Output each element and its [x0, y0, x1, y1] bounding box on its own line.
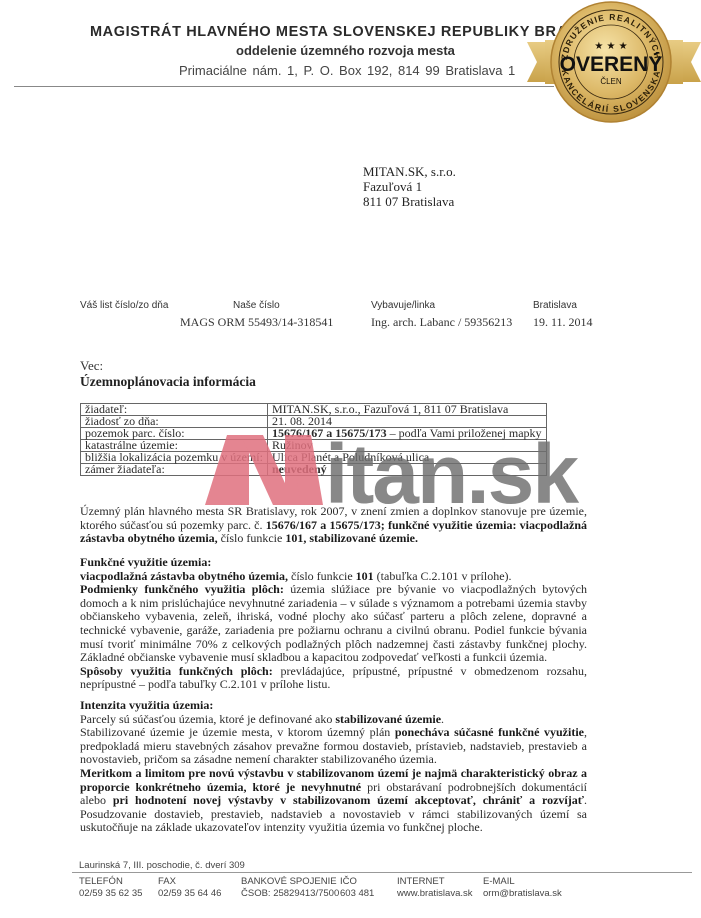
- footer-email[interactable]: E-MAILorm@bratislava.sk: [483, 876, 562, 900]
- recipient-name: MITAN.SK, s.r.o.: [363, 164, 456, 179]
- letter-date: 19. 11. 2014: [533, 315, 593, 330]
- table-row: zámer žiadateľa: neuvedený: [81, 464, 547, 476]
- recipient-city: 811 07 Bratislava: [363, 194, 456, 209]
- our-number-value: MAGS ORM 55493/14-318541: [180, 315, 333, 330]
- organization-name: MAGISTRÁT HLAVNÉHO MESTA SLOVENSKEJ REPU…: [90, 24, 581, 40]
- functional-use-section: Funkčné využitie územia: viacpodlažná zá…: [80, 556, 587, 692]
- footer-divider: [72, 872, 692, 873]
- section-heading: Funkčné využitie územia:: [80, 555, 211, 569]
- subject-title: Územnoplánovacia informácia: [80, 374, 256, 390]
- footer-phone: TELEFÓN02/59 35 62 35: [79, 876, 142, 900]
- footer-fax: FAX02/59 35 64 46: [158, 876, 221, 900]
- organization-address: Primaciálne nám. 1, P. O. Box 192, 814 9…: [179, 63, 515, 78]
- handled-by-label: Vybavuje/linka: [371, 300, 435, 311]
- verified-member-badge-icon: ZDRUŽENIE REALITNÝCH KANCELÁRIÍ SLOVENSK…: [527, 0, 701, 128]
- recipient-address: MITAN.SK, s.r.o. Fazuľová 1 811 07 Brati…: [363, 164, 456, 209]
- our-number-label: Naše číslo: [233, 300, 280, 311]
- footer-bank: BANKOVÉ SPOJENIEČSOB: 25829413/7500: [241, 876, 339, 900]
- footer-ico: IČO603 481: [340, 876, 374, 900]
- table-key: zámer žiadateľa:: [81, 464, 268, 476]
- section-heading: Intenzita využitia územia:: [80, 698, 213, 712]
- recipient-street: Fazuľová 1: [363, 179, 456, 194]
- intro-paragraph: Územný plán hlavného mesta SR Bratislavy…: [80, 505, 587, 546]
- svg-text:OVERENÝ: OVERENÝ: [560, 52, 663, 76]
- department-name: oddelenie územného rozvoja mesta: [236, 43, 455, 58]
- footer-address: Laurinská 7, III. poschodie, č. dverí 30…: [79, 860, 245, 871]
- svg-text:★ ★ ★: ★ ★ ★: [594, 41, 627, 52]
- table-value: neuvedený: [267, 464, 546, 476]
- intensity-section: Intenzita využitia územia: Parcely sú sú…: [80, 699, 587, 835]
- your-letter-label: Váš list číslo/zo dňa: [80, 300, 168, 311]
- svg-text:ČLEN: ČLEN: [600, 77, 622, 86]
- subject-label: Vec:: [80, 358, 103, 374]
- place-label: Bratislava: [533, 300, 577, 311]
- footer-internet[interactable]: INTERNETwww.bratislava.sk: [397, 876, 473, 900]
- handled-by-value: Ing. arch. Labanc / 59356213: [371, 315, 512, 330]
- header-divider: [14, 86, 554, 87]
- info-table: žiadateľ: MITAN.SK, s.r.o., Fazuľová 1, …: [80, 403, 547, 476]
